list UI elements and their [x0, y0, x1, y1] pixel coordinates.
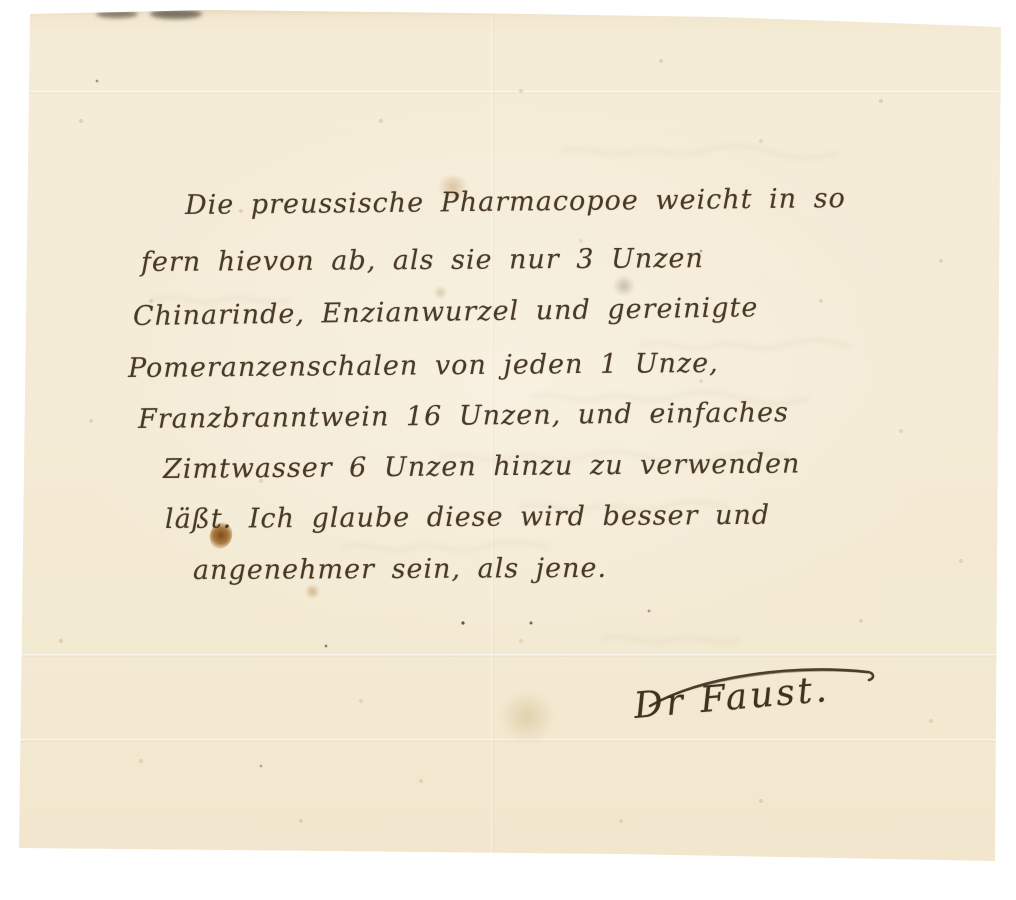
signature-flourish	[642, 660, 882, 710]
fold-line	[20, 739, 998, 742]
fold-line	[20, 654, 998, 657]
foxing-spot	[612, 276, 636, 296]
manuscript-line: läßt. Ich glaube diese wird besser und	[165, 500, 770, 535]
manuscript-line: Zimtwasser 6 Unzen hinzu zu verwenden	[163, 448, 801, 485]
fold-line	[20, 91, 998, 94]
signature: Dr Faust.	[632, 669, 831, 727]
manuscript-line: angenehmer sein, als jene.	[193, 553, 607, 586]
paper-specks	[0, 0, 2, 2]
manuscript-line: Chinarinde, Enzianwurzel und gereinigte	[133, 292, 759, 332]
foxing-spot	[433, 286, 448, 299]
scanned-document-page: Die preussische Pharmacopoe weicht in so…	[0, 0, 1016, 900]
manuscript-line: fern hievon ab, als sie nur 3 Unzen	[141, 243, 704, 278]
manuscript-line: Franzbranntwein 16 Unzen, und einfaches	[138, 397, 789, 435]
ink-stain	[206, 519, 235, 551]
manuscript-line: Die preussische Pharmacopoe weicht in so	[185, 183, 846, 221]
edge-stain	[150, 9, 202, 19]
foxing-spot	[498, 692, 556, 742]
vertical-crease	[491, 16, 494, 854]
manuscript-paper: Die preussische Pharmacopoe weicht in so…	[0, 0, 1016, 900]
foxing-spot	[304, 584, 321, 599]
paper-freckles	[0, 0, 2, 2]
manuscript-line: Pomeranzenschalen von jeden 1 Unze,	[128, 348, 719, 384]
edge-stain	[96, 10, 138, 18]
show-through-writing	[0, 0, 1016, 900]
foxing-spot	[435, 176, 471, 198]
